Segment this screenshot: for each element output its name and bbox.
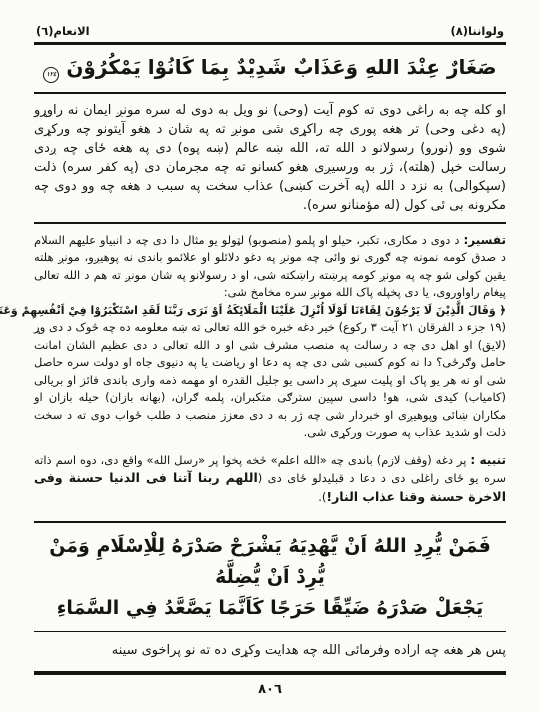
- tanbih-label: تنبیه :: [470, 453, 506, 467]
- ayah-number-marker: ١٢٤: [43, 67, 59, 83]
- tafsir-text-2: (١٩ جزء د الفرقان ٢١ آیت ٣ رکوع) خیر دغه…: [34, 319, 506, 442]
- page-number: ٨٠٦: [0, 682, 540, 697]
- page-header: ولواننا(٨) الانعام(٦): [0, 0, 540, 40]
- quran-verse-top-text: صَغَارٌ عِنْدَ اللهِ وَعَذَابٌ شَدِيْدٌ …: [66, 55, 496, 79]
- tafsir-separator-rule: [34, 222, 506, 224]
- ayah-number: ١٢٤: [47, 71, 57, 78]
- book-page: ولواننا(٨) الانعام(٦) صَغَارٌ عِنْدَ الل…: [0, 0, 540, 712]
- quran-verse-bottom-line2: يَجْعَلْ صَدْرَهُ ضَيِّقًا حَرَجًا كَاَن…: [36, 593, 504, 624]
- footer-rule: [34, 671, 506, 675]
- tanbih-paragraph: تنبیه : پر دغه (وقف لازم) باندی چه «الله…: [34, 452, 506, 507]
- quran-verse-top: صَغَارٌ عِنْدَ اللهِ وَعَذَابٌ شَدِيْدٌ …: [0, 45, 540, 92]
- bottom-translation-line: پس هر هغه چه اراده وفرمائی الله چه هدایت…: [34, 641, 506, 660]
- juz-title: ولواننا(٨): [450, 24, 504, 38]
- verse-underline-rule: [34, 92, 506, 94]
- translation-paragraph: او کله چه به راغی دوی ته کوم آیت (وحی) ن…: [34, 101, 506, 215]
- bottom-verse-under-rule: [34, 631, 506, 633]
- quran-verse-bottom-line1: فَمَنْ يُّرِدِ اللهُ اَنْ يَّهْدِيَهُ يَ…: [36, 531, 504, 593]
- tafsir-paragraph: تفسیر: د دوی د مکاری، تکبر، حیلو او پلمو…: [34, 232, 506, 302]
- tafsir-text-1: د دوی د مکاری، تکبر، حیلو او پلمو (منصوب…: [34, 233, 506, 300]
- surah-title: الانعام(٦): [36, 24, 90, 38]
- tafsir-label: تفسیر:: [463, 233, 506, 247]
- quran-verse-bottom: فَمَنْ يُّرِدِ اللهُ اَنْ يَّهْدِيَهُ يَ…: [0, 523, 540, 631]
- quran-quote-furqan: ﴿ وَقَالَ الَّذِيْنَ لَا يَرْجُوْنَ لِقَ…: [34, 302, 506, 320]
